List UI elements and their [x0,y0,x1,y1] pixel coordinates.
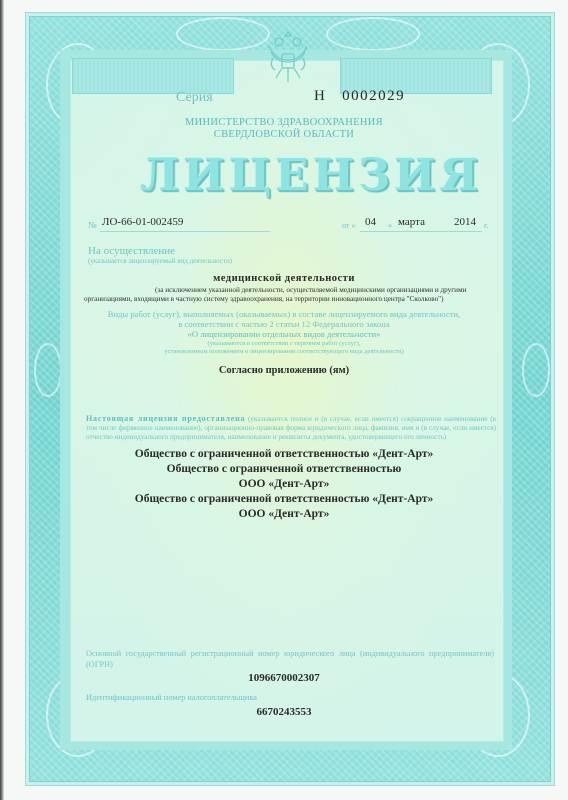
activity-hint: (указывается лицензируемый вид деятельно… [88,257,232,265]
licensee-line: ООО «Дент-Арт» [0,478,568,490]
issuer-line-2: СВЕРДЛОВСКОЙ ОБЛАСТИ [0,129,568,140]
number-prefix: № [88,220,97,230]
license-number: ЛО-66-01-002459 [102,216,183,228]
works-value: Согласно приложению (ям) [0,365,568,376]
activity-value: медицинской деятельности [0,273,568,284]
works-line-3: «О лицензировании отдельных видов деятел… [0,329,568,339]
series-label: Серия [176,90,213,106]
licensee-line: Общество с ограниченной ответственностью… [0,448,568,460]
document-title: ЛИЦЕНЗИЯ [140,150,440,201]
activity-note-line-2: организациями, входящими в частную систе… [84,295,444,303]
number-underline [100,231,270,232]
date-suffix: г. [484,221,488,230]
works-line-1: Виды работ (услуг), выполняемых (оказыва… [0,309,568,319]
license-page: Серия Н 0002029 МИНИСТЕРСТВО ЗДРАВООХРАН… [0,0,568,800]
inn-value: 6670243553 [0,706,568,718]
ogrn-value: 1096670002307 [0,672,568,684]
activity-label: На осуществление [88,245,175,257]
issuer-line-1: МИНИСТЕРСТВО ЗДРАВООХРАНЕНИЯ [0,117,568,128]
date-prefix: от « [342,221,355,230]
inn-label: Идентификационный номер налогоплательщик… [86,693,257,702]
double-headed-eagle-icon [265,28,311,86]
works-hint-1: (указываются в соответствии с перечнем р… [0,340,568,347]
series-letter: Н [314,88,326,104]
licensee-intro: Настоящая лицензия предоставлена (указыв… [86,414,496,442]
series-number: Н 0002029 [314,88,405,105]
licensee-line: Общество с ограниченной ответственностью… [0,493,568,505]
works-hint-2: установленным положением о лицензировани… [0,348,568,355]
date-separator: » [388,221,392,230]
activity-note-line-1: (за исключением указанной деятельности, … [155,286,466,294]
licensee-line: Общество с ограниченной ответственностью [0,463,568,475]
works-line-2: в соответствии с частью 2 статьи 12 Феде… [0,319,568,329]
series-digits: 0002029 [342,88,405,104]
date-year: 2014 [454,216,476,228]
licensee-intro-bold: Настоящая лицензия предоставлена [86,414,245,423]
ogrn-label: Основной государственный регистрационный… [86,648,494,670]
header-ribbon-left [72,58,234,94]
licensee-line: ООО «Дент-Арт» [0,508,568,520]
date-underline [360,231,482,232]
date-day: 04 [365,216,376,228]
date-month: марта [398,216,425,228]
border-ornament [326,17,420,51]
border-ornament [176,17,270,51]
